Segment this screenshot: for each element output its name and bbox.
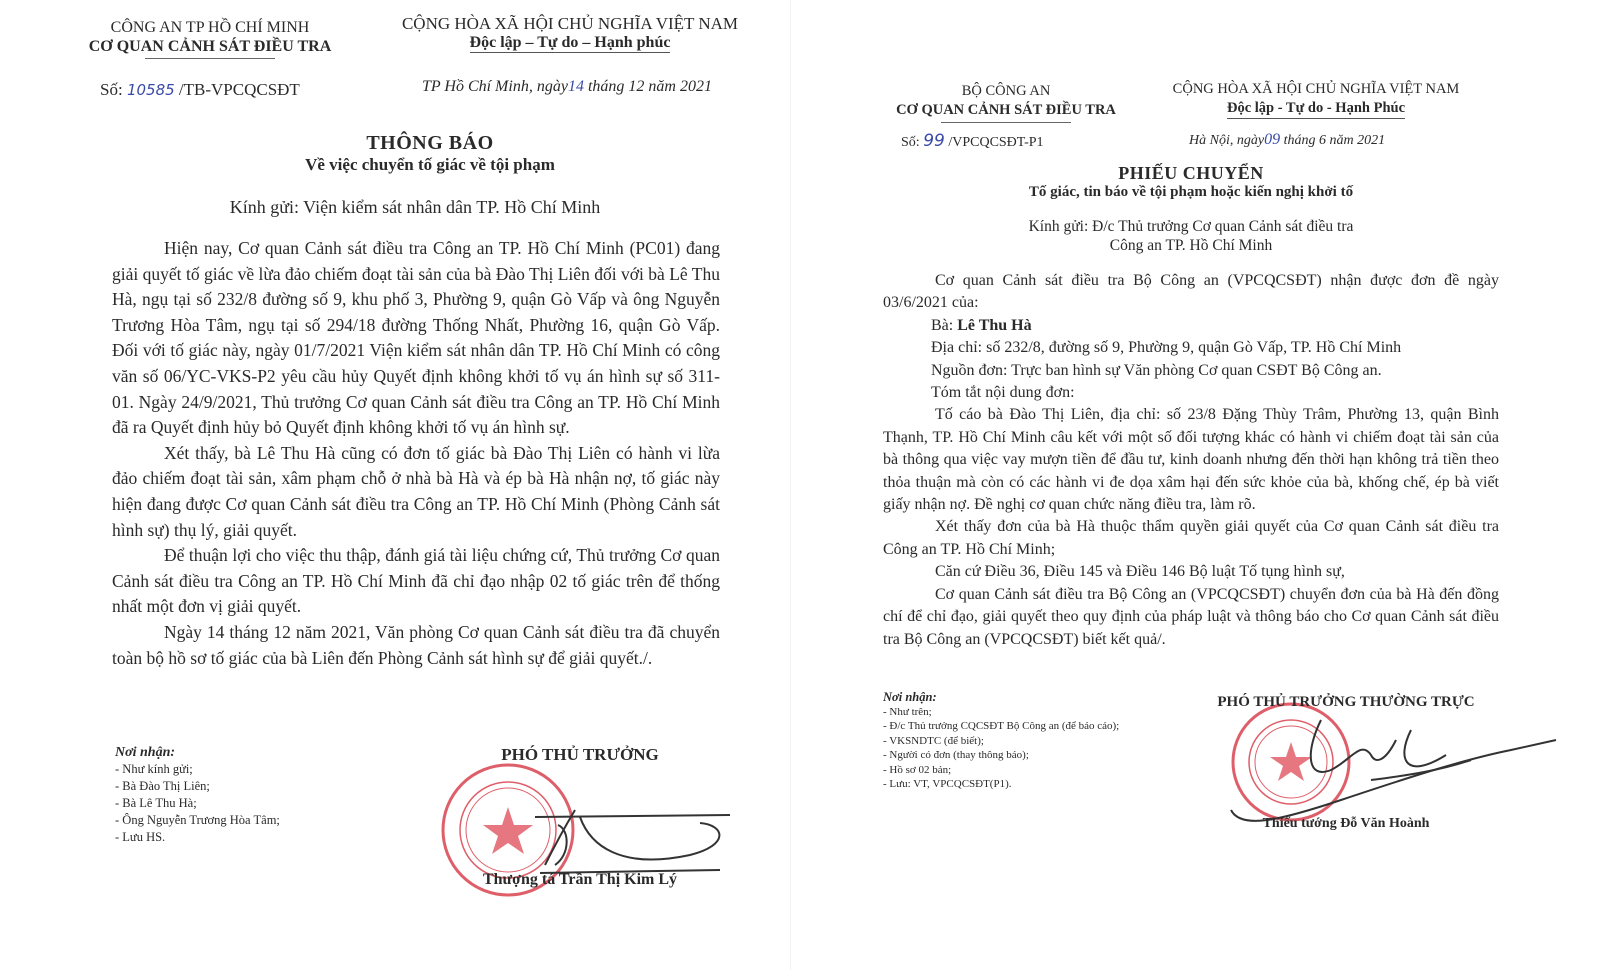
recipient-item: - Ông Nguyễn Trương Hòa Tâm;: [115, 812, 280, 829]
nation-motto: Độc lập – Tự do – Hạnh phúc: [470, 33, 671, 53]
recipient-item: - Lưu HS.: [115, 829, 280, 846]
handwritten-day: 14: [568, 78, 584, 95]
agency-line1: CÔNG AN TP HỒ CHÍ MINH: [70, 18, 350, 37]
recipient-item: - Lưu: VT, VPCQCSĐT(P1).: [883, 777, 1119, 792]
address-line: Địa chỉ: số 232/8, đường số 9, Phường 9,…: [883, 337, 1499, 359]
document-number: Số: 10585 /TB-VPCQCSĐT: [100, 80, 300, 100]
agency-line2: CƠ QUAN CẢNH SÁT ĐIỀU TRA: [70, 37, 350, 56]
document-thong-bao: CÔNG AN TP HỒ CHÍ MINH CƠ QUAN CẢNH SÁT …: [0, 0, 790, 970]
handwritten-number: 99: [923, 131, 945, 151]
signature-block: PHÓ THỦ TRƯỞNG THƯỜNG TRỰC Thiếu tướng Đ…: [1181, 694, 1511, 834]
signer-role: PHÓ THỦ TRƯỞNG: [420, 745, 740, 765]
document-subtitle: Tố giác, tin báo về tội phạm hoặc kiến n…: [891, 184, 1491, 201]
recipient-item: - Hồ sơ 02 bản;: [883, 763, 1119, 778]
paragraph: Xét thấy, bà Lê Thu Hà cũng có đơn tố gi…: [112, 441, 720, 543]
agency-header: BỘ CÔNG AN CƠ QUAN CẢNH SÁT ĐIỀU TRA: [871, 82, 1141, 123]
document-date: TP Hồ Chí Minh, ngày14 tháng 12 năm 2021: [422, 78, 712, 96]
nation-header: CỘNG HÒA XÃ HỘI CHỦ NGHĨA VIỆT NAM Độc l…: [1141, 80, 1491, 119]
petitioner: Bà: Lê Thu Hà: [883, 315, 1499, 337]
signature-block: PHÓ THỦ TRƯỞNG Thượng tá Trần Thị Kim Lý: [420, 745, 740, 895]
paragraph: Để thuận lợi cho việc thu thập, đánh giá…: [112, 543, 720, 620]
intro-paragraph: Cơ quan Cảnh sát điều tra Bộ Công an (VP…: [883, 270, 1499, 315]
document-phieu-chuyen: BỘ CÔNG AN CƠ QUAN CẢNH SÁT ĐIỀU TRA CỘN…: [790, 0, 1600, 970]
document-title-block: THÔNG BÁO Về việc chuyển tố giác về tội …: [110, 132, 750, 175]
recipients-block: Nơi nhận: - Như kính gửi; - Bà Đào Thị L…: [115, 744, 280, 846]
nation-header: CỘNG HÒA XÃ HỘI CHỦ NGHĨA VIỆT NAM Độc l…: [385, 14, 755, 53]
divider: [145, 58, 275, 59]
paragraph: Căn cứ Điều 36, Điều 145 và Điều 146 Bộ …: [883, 561, 1499, 583]
recipient-item: - Như kính gửi;: [115, 761, 280, 778]
signer-name: Thiếu tướng Đỗ Văn Hoành: [1181, 816, 1511, 832]
paragraph: Cơ quan Cảnh sát điều tra Bộ Công an (VP…: [883, 584, 1499, 651]
recipients-title: Nơi nhận:: [115, 744, 280, 761]
signer-name: Thượng tá Trần Thị Kim Lý: [420, 871, 740, 889]
paragraph: Ngày 14 tháng 12 năm 2021, Văn phòng Cơ …: [112, 620, 720, 671]
nation-line1: CỘNG HÒA XÃ HỘI CHỦ NGHĨA VIỆT NAM: [1141, 80, 1491, 99]
signer-role: PHÓ THỦ TRƯỞNG THƯỜNG TRỰC: [1181, 694, 1511, 711]
document-title-block: PHIẾU CHUYỂN Tố giác, tin báo về tội phạ…: [891, 163, 1491, 201]
agency-header: CÔNG AN TP HỒ CHÍ MINH CƠ QUAN CẢNH SÁT …: [70, 18, 350, 59]
addressee: Kính gửi: Viện kiểm sát nhân dân TP. Hồ …: [110, 197, 720, 218]
source-line: Nguồn đơn: Trực ban hình sự Văn phòng Cơ…: [883, 360, 1499, 382]
document-body: Cơ quan Cảnh sát điều tra Bộ Công an (VP…: [883, 270, 1499, 651]
nation-line1: CỘNG HÒA XÃ HỘI CHỦ NGHĨA VIỆT NAM: [385, 14, 755, 33]
paragraph: Hiện nay, Cơ quan Cảnh sát điều tra Công…: [112, 236, 720, 441]
summary-label: Tóm tắt nội dung đơn:: [883, 382, 1499, 404]
agency-line1: BỘ CÔNG AN: [871, 82, 1141, 101]
recipient-item: - Đ/c Thủ trưởng CQCSĐT Bộ Công an (để b…: [883, 719, 1119, 734]
nation-motto: Độc lập - Tự do - Hạnh Phúc: [1227, 99, 1405, 119]
handwritten-number: 10585: [127, 81, 175, 99]
paragraph: Xét thấy đơn của bà Hà thuộc thẩm quyền …: [883, 516, 1499, 561]
recipient-item: - Bà Lê Thu Hà;: [115, 795, 280, 812]
agency-line2: CƠ QUAN CẢNH SÁT ĐIỀU TRA: [871, 101, 1141, 120]
paragraph: Tố cáo bà Đào Thị Liên, địa chỉ: số 23/8…: [883, 404, 1499, 516]
recipient-item: - Như trên;: [883, 705, 1119, 720]
divider: [941, 122, 1071, 123]
recipients-title: Nơi nhận:: [883, 690, 1119, 705]
document-title: PHIẾU CHUYỂN: [891, 163, 1491, 184]
document-body: Hiện nay, Cơ quan Cảnh sát điều tra Công…: [112, 236, 720, 671]
document-date: Hà Nội, ngày09 tháng 6 năm 2021: [1189, 131, 1385, 149]
petitioner-name: Lê Thu Hà: [957, 317, 1031, 334]
document-number: Số: 99 /VPCQCSĐT-P1: [901, 131, 1044, 151]
recipients-block: Nơi nhận: - Như trên; - Đ/c Thủ trưởng C…: [883, 690, 1119, 792]
document-subtitle: Về việc chuyển tố giác về tội phạm: [110, 155, 750, 175]
recipient-item: - VKSNDTC (để biết);: [883, 734, 1119, 749]
handwritten-day: 09: [1264, 131, 1280, 148]
addressee: Kính gửi: Đ/c Thủ trưởng Cơ quan Cảnh sá…: [891, 217, 1491, 255]
document-title: THÔNG BÁO: [110, 132, 750, 155]
recipient-item: - Bà Đào Thị Liên;: [115, 778, 280, 795]
recipient-item: - Người có đơn (thay thông báo);: [883, 748, 1119, 763]
